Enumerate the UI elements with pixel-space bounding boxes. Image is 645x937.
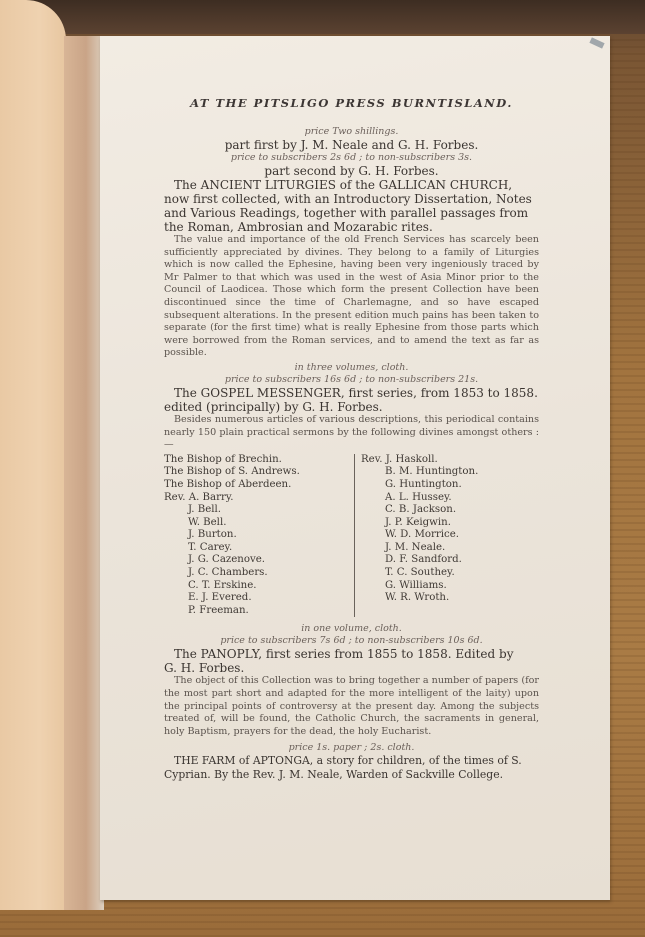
item2-price: price to subscribers 16s 6d ; to non-sub… — [164, 374, 539, 386]
item2-title-line: The GOSPEL MESSENGER, first series, from… — [164, 386, 539, 400]
item3-price: price to subscribers 7s 6d ; to non-subs… — [164, 635, 539, 647]
facing-page-curl — [0, 0, 66, 910]
divine-name: G. Williams. — [361, 580, 478, 593]
divines-right-column: Rev. J. Haskoll. B. M. Huntington. G. Hu… — [354, 454, 478, 618]
divine-name: J. Burton. — [164, 529, 354, 542]
item1-title: The ANCIENT LITURGIES of the GALLICAN CH… — [164, 178, 539, 234]
divine-name: E. J. Evered. — [164, 592, 354, 605]
divine-name: J. Bell. — [164, 504, 354, 517]
item1-price-subscribers: price to subscribers 2s 6d ; to non-subs… — [164, 152, 539, 164]
item1-title-line: the Roman, Ambrosian and Mozarabic rites… — [164, 220, 539, 234]
item1-title-line: and Various Readings, together with para… — [164, 206, 539, 220]
item1-title-line: now first collected, with an Introductor… — [164, 192, 539, 206]
item4-title-line: Cyprian. By the Rev. J. M. Neale, Warden… — [164, 768, 539, 782]
item1-part1: part first by J. M. Neale and G. H. Forb… — [164, 138, 539, 152]
divine-name: G. Huntington. — [361, 479, 478, 492]
book-page: AT THE PITSLIGO PRESS BURNTISLAND. price… — [100, 36, 610, 900]
divine-name: The Bishop of S. Andrews. — [164, 466, 354, 479]
table-edge-shadow — [0, 0, 645, 34]
item4-price: price 1s. paper ; 2s. cloth. — [164, 742, 539, 754]
divine-name: J. P. Keigwin. — [361, 517, 478, 530]
page-corner-damage — [589, 37, 604, 48]
divines-list: The Bishop of Brechin. The Bishop of S. … — [164, 454, 539, 618]
divine-name: W. Bell. — [164, 517, 354, 530]
item3-title-line: The PANOPLY, first series from 1855 to 1… — [164, 647, 539, 661]
item1-part2: part second by G. H. Forbes. — [164, 164, 539, 178]
press-heading: AT THE PITSLIGO PRESS BURNTISLAND. — [164, 96, 539, 110]
item3-format: in one volume, cloth. — [164, 623, 539, 635]
divine-name: The Bishop of Brechin. — [164, 454, 354, 467]
item1-description: The value and importance of the old Fren… — [164, 234, 539, 360]
divine-name: C. T. Erskine. — [164, 580, 354, 593]
item2-description: Besides numerous articles of various des… — [164, 414, 539, 452]
divine-name: D. F. Sandford. — [361, 554, 478, 567]
item1-price: price Two shillings. — [164, 126, 539, 138]
divines-left-column: The Bishop of Brechin. The Bishop of S. … — [164, 454, 354, 618]
item4-title-line: THE FARM of APTONGA, a story for childre… — [164, 754, 539, 768]
divine-name: W. D. Morrice. — [361, 529, 478, 542]
item3-title-line: G. H. Forbes. — [164, 661, 539, 675]
item2-format: in three volumes, cloth. — [164, 362, 539, 374]
divine-name: J. C. Chambers. — [164, 567, 354, 580]
divine-name: A. L. Hussey. — [361, 492, 478, 505]
item1-title-line: The ANCIENT LITURGIES of the GALLICAN CH… — [164, 178, 539, 192]
divine-name: Rev. J. Haskoll. — [361, 454, 478, 467]
item3-description: The object of this Collection was to bri… — [164, 675, 539, 738]
divine-name: P. Freeman. — [164, 605, 354, 618]
divine-name: W. R. Wroth. — [361, 592, 478, 605]
divine-name: T. C. Southey. — [361, 567, 478, 580]
divine-name: B. M. Huntington. — [361, 466, 478, 479]
book-gutter — [64, 36, 104, 910]
divine-name: T. Carey. — [164, 542, 354, 555]
divine-name: Rev. A. Barry. — [164, 492, 354, 505]
page-content: AT THE PITSLIGO PRESS BURNTISLAND. price… — [164, 96, 539, 782]
divine-name: J. M. Neale. — [361, 542, 478, 555]
item2-title-line: edited (principally) by G. H. Forbes. — [164, 400, 539, 414]
divine-name: C. B. Jackson. — [361, 504, 478, 517]
divine-name: J. G. Cazenove. — [164, 554, 354, 567]
divine-name: The Bishop of Aberdeen. — [164, 479, 354, 492]
